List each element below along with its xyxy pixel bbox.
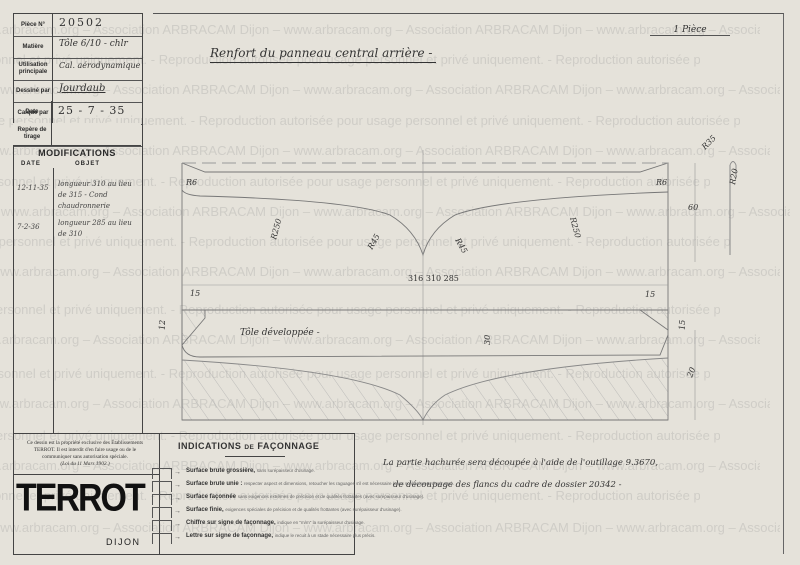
dim-label: R20 — [728, 168, 740, 187]
arrow-icon: → — [174, 482, 181, 489]
dim-label: 20 — [685, 366, 697, 380]
dim-label: R35 — [699, 134, 718, 153]
arrow-icon: → — [174, 521, 181, 528]
dim-label: 60 — [688, 203, 698, 212]
surface-symbol-icon — [152, 520, 172, 531]
surface-symbol-icon — [152, 481, 172, 492]
indication-item: → Chiffre sur signe de façonnage, indiqu… — [150, 520, 355, 533]
dim-label: 316 310 285 — [408, 274, 459, 283]
dim-label: 12 — [158, 320, 167, 330]
surface-symbol-icon — [152, 494, 172, 505]
copyright-statement: Ce dessin est la propriété exclusive des… — [27, 440, 143, 460]
dim-label: 30 — [483, 335, 492, 345]
arrow-icon: → — [174, 534, 181, 541]
indication-item: → Surface finie, exigences spéciales de … — [150, 507, 355, 520]
material-note: Tôle développée - — [240, 327, 320, 338]
dim-label: R250 — [568, 215, 582, 239]
divider — [225, 456, 285, 457]
indication-item: → Lettre sur signe de façonnage, indique… — [150, 533, 355, 546]
logo-city: DIJON — [106, 537, 141, 547]
dim-label: R6 — [185, 178, 197, 187]
indication-item: → Surface brute grossière, sans surépais… — [150, 468, 355, 481]
divider — [14, 474, 159, 475]
arrow-icon: → — [174, 495, 181, 502]
indication-item: → Surface brute unie : respecter aspect … — [150, 481, 355, 494]
surface-symbol-icon — [152, 507, 172, 518]
indication-item: → Surface façonnée sans exigences extrêm… — [150, 494, 355, 507]
dim-label: R45 — [365, 232, 381, 251]
indications-title: INDICATIONS DE FAÇONNAGE — [178, 441, 319, 451]
surface-symbol-icon — [152, 533, 172, 544]
arrow-icon: → — [174, 508, 181, 515]
copyright-text: Ce dessin est la propriété exclusive des… — [20, 440, 150, 468]
surface-symbol-icon — [152, 468, 172, 479]
dim-label: R250 — [269, 218, 283, 242]
dim-label: R6 — [655, 178, 667, 187]
note-line-1: La partie hachurée sera découpée à l'aid… — [383, 458, 658, 468]
dim-label: 15 — [645, 290, 655, 299]
dim-label: R45 — [453, 236, 469, 255]
copyright-law: (Loi du 11 Mars 1902.) — [60, 461, 109, 467]
dim-label: 15 — [678, 320, 687, 330]
dim-label: 15 — [190, 289, 200, 298]
terrot-logo: TERROT — [16, 476, 156, 521]
arrow-icon: → — [174, 469, 181, 476]
drawing-sheet: – www.arbracam.org – Association ARBRACA… — [0, 0, 800, 565]
